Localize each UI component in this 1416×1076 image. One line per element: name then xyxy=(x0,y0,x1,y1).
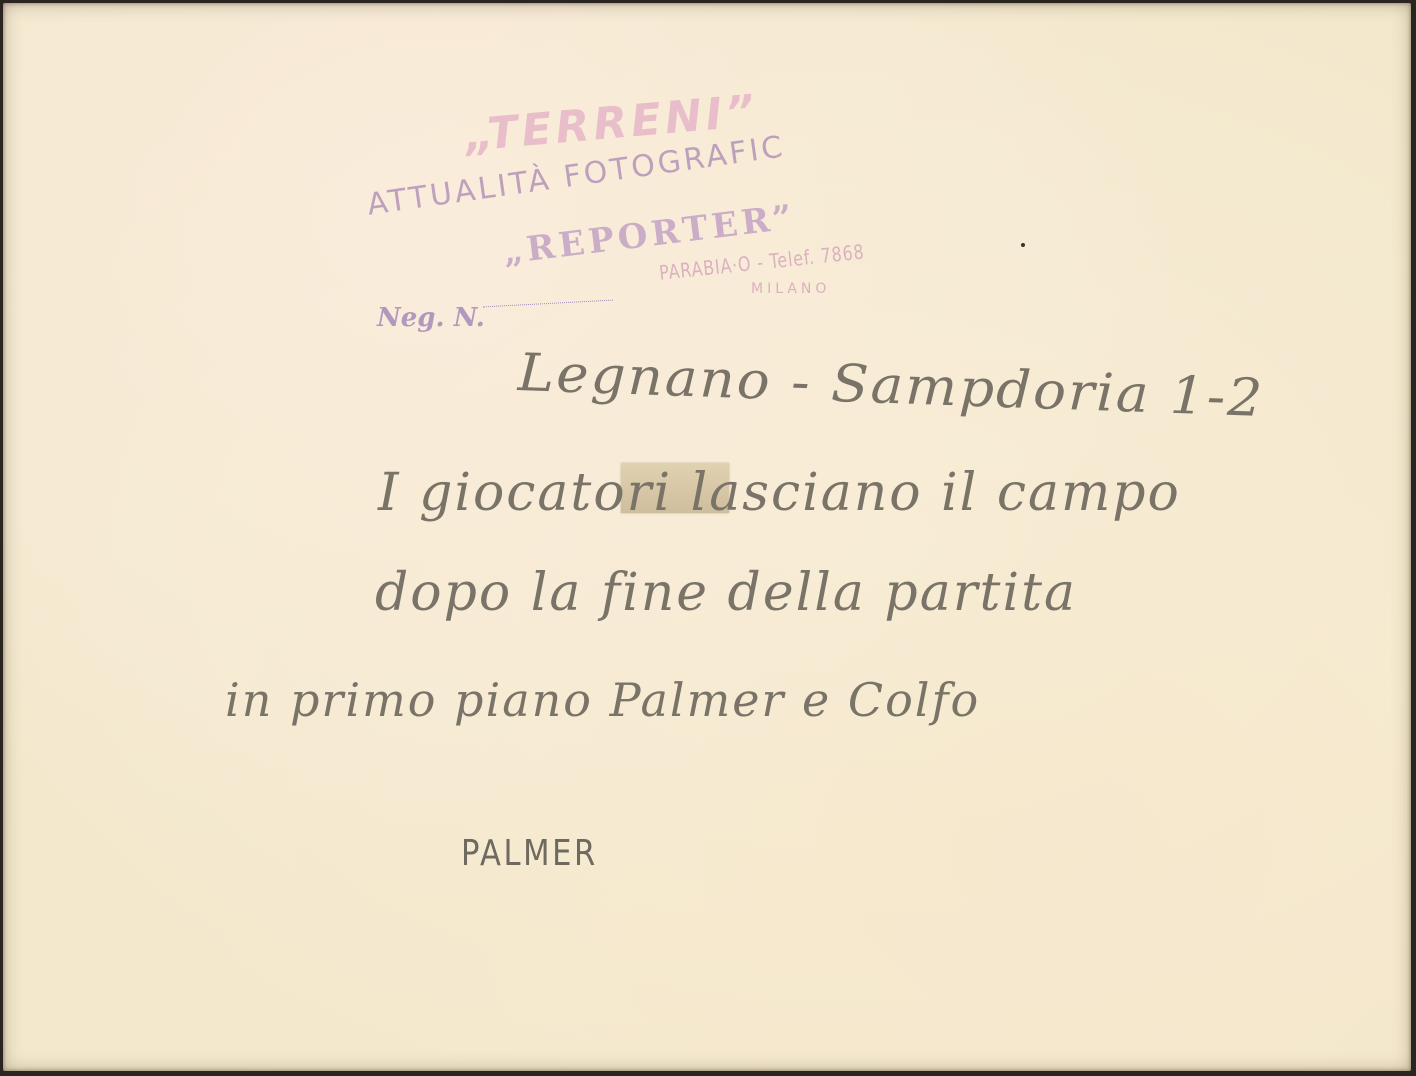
handwritten-caption-line3: in primo piano Palmer e Colfo xyxy=(225,673,980,727)
photo-back-paper: „TERRENI” ATTUALITÀ FOTOGRAFIC „REPORTER… xyxy=(3,3,1411,1071)
negative-number-line xyxy=(483,300,613,308)
handwritten-match-title: Legnano - Sampdoria 1-2 xyxy=(517,343,1265,429)
stamp-city: MILANO xyxy=(751,281,830,297)
handwritten-name-palmer: PALMER xyxy=(461,833,598,874)
paper-speck xyxy=(1021,243,1025,247)
handwritten-caption-line2: dopo la fine della partita xyxy=(375,563,1077,623)
handwritten-caption-line1: I giocatori lasciano il campo xyxy=(378,463,1181,523)
stamp-negative-number-label: Neg. N. xyxy=(377,303,485,333)
